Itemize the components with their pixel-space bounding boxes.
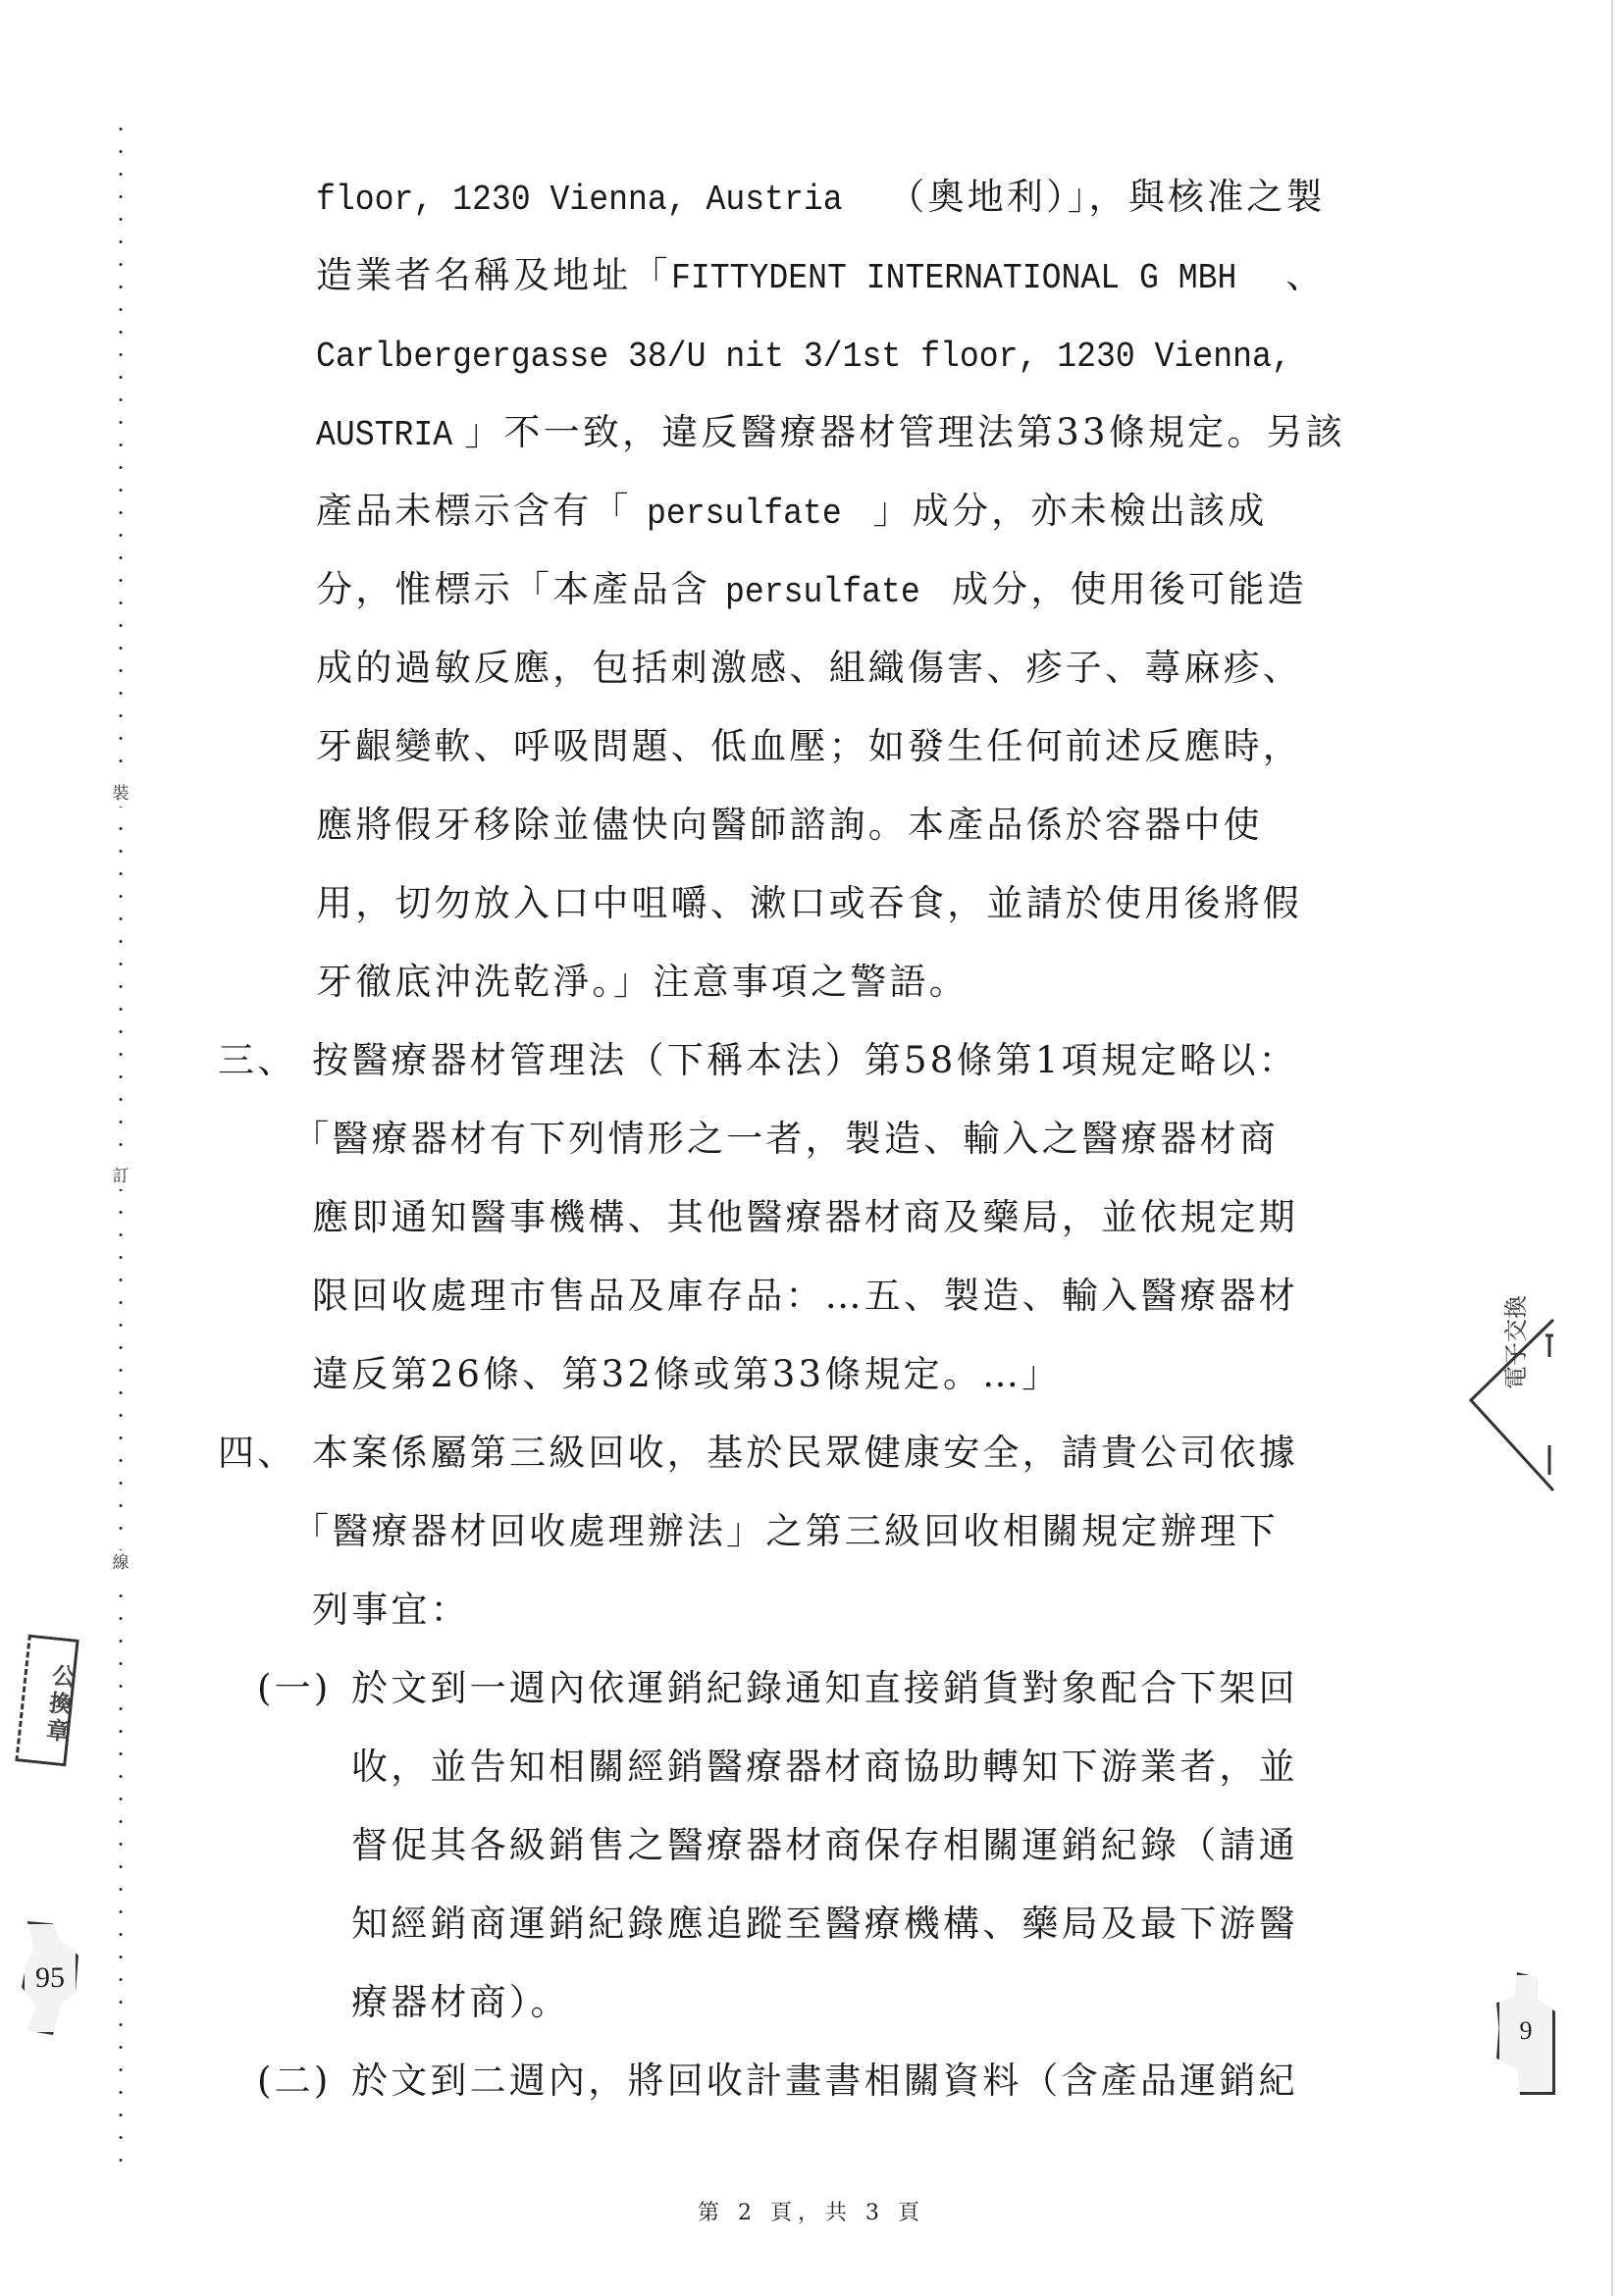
page-number-gear-stamp-right: 9: [1496, 1972, 1555, 2095]
cjk-text-segment: （奧地利）」，與核准之製: [888, 176, 1325, 218]
scan-edge-divider: [1611, 0, 1613, 2296]
section-three-line-5: 違反第26條、第32條或第33條規定。…」: [312, 1351, 1061, 1398]
latin-text-segment: FITTYDENT INTERNATIONAL G MBH: [671, 255, 1236, 302]
exchange-seal-stamp-left: 公換章: [15, 1635, 79, 1767]
cjk-text-segment: 」不一致，違反醫療器材管理法第33條規定。另該: [464, 411, 1345, 453]
section-four-line-1: 本案係屬第三級回收，基於民眾健康安全，請貴公司依據: [312, 1430, 1298, 1477]
item-one-line-4: 知經銷商運銷紀錄應追蹤至醫療機構、藥局及最下游醫: [351, 1901, 1298, 1948]
paragraph-two-line-1: floor, 1230 Vienna, Austria（奧地利）」，與核准之製: [316, 174, 1326, 221]
section-three-line-2: 「醫療器材有下列情形之一者，製造、輸入之醫療器材商: [292, 1116, 1279, 1163]
cjk-text-segment: 造業者名稱及地址「: [316, 254, 671, 296]
latin-text-segment: floor, 1230 Vienna, Austria: [316, 177, 843, 224]
cjk-text-segment: 產品未標示含有「: [316, 490, 647, 532]
cjk-text-segment: 應將假牙移除並儘快向醫師諮詢。本產品係於容器中使: [316, 804, 1263, 846]
paragraph-two-line-7: 成的過敏反應，包括刺激感、組織傷害、疹子、蕁麻疹、: [316, 645, 1302, 692]
paragraph-two-line-8: 牙齦變軟、呼吸問題、低血壓；如發生任何前述反應時，: [316, 723, 1302, 770]
binding-dotted-line: [119, 118, 123, 2178]
item-two-line-1: 於文到二週內，將回收計畫書相關資料（含產品運銷紀: [351, 2058, 1298, 2105]
paragraph-two-line-5: 產品未標示含有「 persulfate 」成分，亦未檢出該成: [316, 488, 1268, 535]
cjk-text-segment: 牙徹底沖洗乾淨。」注意事項之警語。: [316, 961, 969, 1003]
item-one-marker: (一): [257, 1665, 331, 1712]
section-four-marker: 四、: [218, 1430, 296, 1477]
section-four-line-2: 「醫療器材回收處理辦法」之第三級回收相關規定辦理下: [292, 1508, 1279, 1555]
triangle-stamp-text: 電子交換: [1503, 1350, 1529, 1389]
cjk-text-segment: 用，切勿放入口中咀嚼、漱口或吞食，並請於使用後將假: [316, 882, 1302, 924]
binding-label-ding: 訂: [108, 1164, 133, 1189]
section-three-marker: 三、: [218, 1037, 296, 1084]
cjk-text-segment: 」成分，亦未檢出該成: [859, 490, 1268, 532]
cjk-text-segment: 牙齦變軟、呼吸問題、低血壓；如發生任何前述反應時，: [316, 725, 1302, 767]
document-page: 裝 訂 線 floor, 1230 Vienna, Austria（奧地利）」，…: [0, 0, 1623, 2296]
cjk-text-segment: 分，惟標示「本產品含: [316, 568, 725, 610]
item-two-marker: (二): [257, 2058, 331, 2105]
latin-text-segment: AUSTRIA: [316, 412, 452, 459]
item-one-line-2: 收，並告知相關經銷醫療器材商協助轉知下游業者，並: [351, 1744, 1298, 1791]
paragraph-two-line-4: AUSTRIA」不一致，違反醫療器材管理法第33條規定。另該: [316, 409, 1345, 456]
page-indicator: 第 2 頁，共 3 頁: [0, 2196, 1623, 2226]
section-three-line-4: 限回收處理市售品及庫存品：…五、製造、輸入醫療器材: [312, 1273, 1298, 1320]
paragraph-two-line-6: 分，惟標示「本產品含 persulfate 成分，使用後可能造: [316, 566, 1307, 613]
page-number-gear-stamp-left: 95: [22, 1921, 79, 2035]
section-four-line-3: 列事宜：: [312, 1587, 470, 1634]
latin-text-segment: persulfate: [725, 569, 920, 616]
section-three-line-1: 按醫療器材管理法（下稱本法）第58條第1項規定略以：: [312, 1037, 1298, 1084]
item-one-line-1: 於文到一週內依運銷紀錄通知直接銷貨對象配合下架回: [351, 1665, 1298, 1712]
binding-label-zhuang: 裝: [108, 781, 133, 807]
latin-text-segment: persulfate: [647, 491, 842, 538]
item-one-line-3: 督促其各級銷售之醫療器材商保存相關運銷紀錄（請通: [351, 1822, 1298, 1869]
paragraph-two-line-3: Carlbergergasse 38/U nit 3/1st floor, 12…: [316, 331, 1376, 378]
paragraph-two-line-10: 用，切勿放入口中咀嚼、漱口或吞食，並請於使用後將假: [316, 880, 1302, 927]
paragraph-two-line-9: 應將假牙移除並儘快向醫師諮詢。本產品係於容器中使: [316, 802, 1263, 849]
cjk-text-segment: 成的過敏反應，包括刺激感、組織傷害、疹子、蕁麻疹、: [316, 647, 1302, 689]
item-one-line-5: 療器材商）。: [351, 1979, 570, 2026]
section-three-line-3: 應即通知醫事機構、其他醫療器材商及藥局，並依規定期: [312, 1194, 1298, 1241]
electronic-exchange-triangle-stamp: 電子交換: [1467, 1318, 1555, 1494]
paragraph-two-line-11: 牙徹底沖洗乾淨。」注意事項之警語。: [316, 959, 969, 1006]
cjk-text-segment: 成分，使用後可能造: [937, 568, 1307, 610]
cjk-text-segment: 、: [1285, 254, 1325, 296]
paragraph-two-line-2: 造業者名稱及地址「FITTYDENT INTERNATIONAL G MBH、: [316, 252, 1326, 299]
binding-label-xian: 線: [108, 1550, 133, 1576]
latin-text-segment: Carlbergergasse 38/U nit 3/1st floor, 12…: [316, 334, 1291, 381]
